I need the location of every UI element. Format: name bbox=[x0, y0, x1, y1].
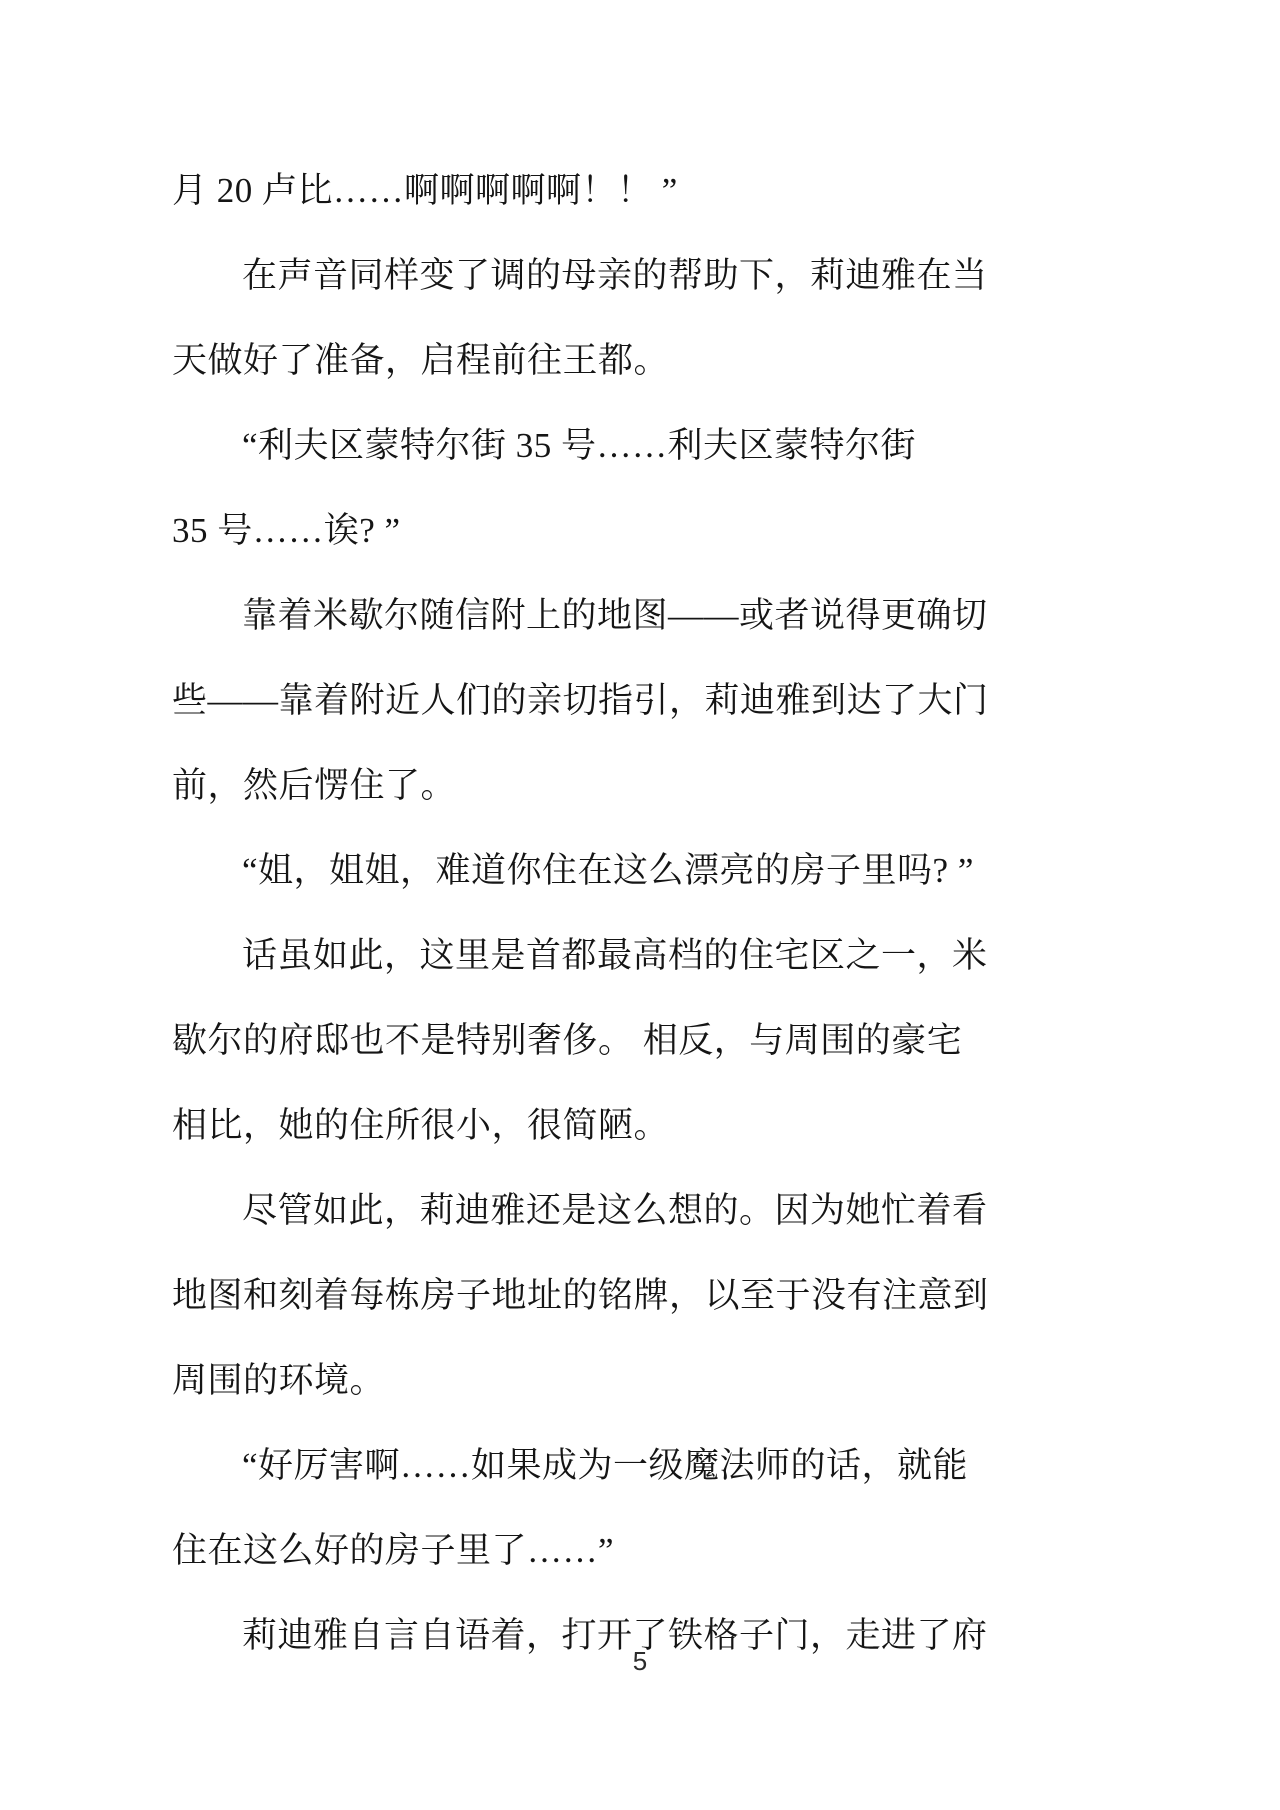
text-line: 话虽如此，这里是首都最高档的住宅区之一，米 bbox=[172, 913, 978, 998]
text-line: 相比，她的住所很小，很简陋。 bbox=[172, 1083, 978, 1168]
text-line: 住在这么好的房子里了……” bbox=[172, 1508, 978, 1593]
text-line: 月 20 卢比……啊啊啊啊啊！！ ” bbox=[172, 148, 978, 233]
text-line: 靠着米歇尔随信附上的地图——或者说得更确切 bbox=[172, 573, 978, 658]
document-page: 月 20 卢比……啊啊啊啊啊！！ ”在声音同样变了调的母亲的帮助下，莉迪雅在当天… bbox=[0, 0, 1280, 1810]
body-text: 月 20 卢比……啊啊啊啊啊！！ ”在声音同样变了调的母亲的帮助下，莉迪雅在当天… bbox=[172, 148, 978, 1678]
text-line: 天做好了准备，启程前往王都。 bbox=[172, 318, 978, 403]
text-line: 周围的环境。 bbox=[172, 1338, 978, 1423]
text-line: “姐，姐姐，难道你住在这么漂亮的房子里吗? ” bbox=[172, 828, 978, 913]
text-line: 在声音同样变了调的母亲的帮助下，莉迪雅在当 bbox=[172, 233, 978, 318]
text-line: 地图和刻着每栋房子地址的铭牌，以至于没有注意到 bbox=[172, 1253, 978, 1338]
text-line: 35 号……诶? ” bbox=[172, 488, 978, 573]
text-line: 些——靠着附近人们的亲切指引，莉迪雅到达了大门 bbox=[172, 658, 978, 743]
text-line: 尽管如此，莉迪雅还是这么想的。因为她忙着看 bbox=[172, 1168, 978, 1253]
text-line: “利夫区蒙特尔街 35 号……利夫区蒙特尔街 bbox=[172, 403, 978, 488]
text-line: 歇尔的府邸也不是特别奢侈。 相反，与周围的豪宅 bbox=[172, 998, 978, 1083]
page-number: 5 bbox=[0, 1645, 1280, 1677]
text-line: 前，然后愣住了。 bbox=[172, 743, 978, 828]
text-line: “好厉害啊……如果成为一级魔法师的话，就能 bbox=[172, 1423, 978, 1508]
